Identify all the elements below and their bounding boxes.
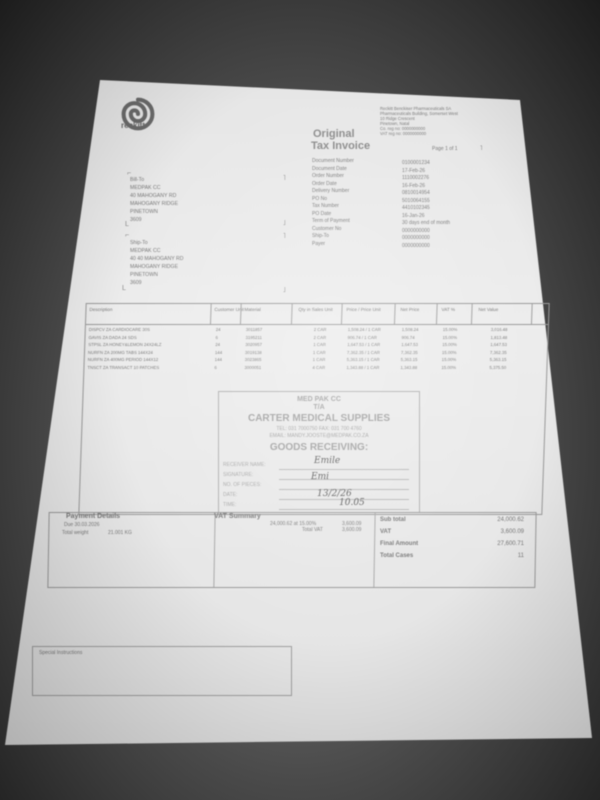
meta-value: 0000000000 bbox=[402, 235, 450, 243]
table-row: STPSL ZA HONEY&LEMON 24X24LZ2430209571 C… bbox=[85, 342, 547, 349]
cell-net-price: 1,343.88 bbox=[400, 365, 417, 370]
table-row: GAVIS ZA DADA 24 SDS631952112 CAR906.74 … bbox=[85, 335, 547, 342]
bill-to-address: Bill-To MEDPAK CC 40 MAHOGANY RD MAHOGAN… bbox=[130, 176, 178, 224]
meta-value: 4410102345 bbox=[402, 205, 450, 213]
cell-description: DISPCV ZA CARDIOCARE 30S bbox=[89, 327, 150, 332]
stamp-line: MED PAK CC bbox=[219, 396, 419, 403]
cell-net-value: 3,016.48 bbox=[491, 327, 508, 332]
goods-receiving-stamp: MED PAK CC T/A CARTER MEDICAL SUPPLIES T… bbox=[218, 391, 420, 513]
stamp-field-line bbox=[279, 469, 409, 470]
meta-label: PO No bbox=[312, 196, 354, 204]
window-corner-mark: ˥ bbox=[283, 233, 286, 240]
cell-material: 3195211 bbox=[245, 335, 262, 340]
meta-label: Order Number bbox=[312, 173, 354, 181]
column-divider bbox=[471, 304, 473, 324]
cell-price-unit: 5,363.15 / 1 CAR bbox=[347, 357, 380, 362]
invoice-title-original: Original bbox=[313, 128, 355, 140]
column-divider bbox=[394, 304, 396, 324]
meta-label: Ship-To bbox=[312, 233, 354, 241]
meta-label: Term of Payment bbox=[312, 218, 354, 226]
column-divider bbox=[210, 304, 212, 324]
totals-values: 24,000.62 3,600.09 27,600.71 11 bbox=[470, 514, 524, 562]
cell-material: 3023865 bbox=[245, 357, 262, 362]
stamp-field-label: TIME: bbox=[223, 502, 236, 508]
cell-net-price: 1,647.53 bbox=[401, 342, 418, 347]
stamp-phone: TEL: 031 7000750 FAX: 031 700 4760 bbox=[219, 426, 419, 432]
meta-label: Customer No bbox=[312, 226, 354, 234]
total-vat-label: Total VAT bbox=[302, 527, 323, 535]
column-divider bbox=[291, 304, 293, 324]
cell-description: TNSCT ZA TRANSACT 10 PATCHES bbox=[87, 365, 159, 370]
ship-to-line: PINETOWN bbox=[130, 271, 184, 279]
table-header: Description Customer Unit Material Qty i… bbox=[86, 304, 549, 325]
bill-to-line: MEDPAK CC bbox=[130, 184, 178, 192]
total-vat-value: 3,600.09 bbox=[342, 527, 361, 535]
vat-summary-heading: VAT Summary bbox=[214, 513, 261, 520]
vat-value: 3,600.09 bbox=[470, 526, 524, 538]
corner-mark: ˥ bbox=[480, 146, 482, 154]
subtotal-label: Sub total bbox=[380, 514, 418, 526]
cell-price-unit: 1,508.24 / 1 CAR bbox=[348, 327, 381, 332]
column-divider bbox=[240, 304, 242, 324]
header-vat: VAT % bbox=[441, 307, 455, 312]
meta-value: 5010064155 bbox=[402, 198, 450, 206]
cell-vat: 15.00% bbox=[442, 350, 457, 355]
cell-description: STPSL ZA HONEY&LEMON 24X24LZ bbox=[88, 342, 161, 347]
handwritten-time: 10.05 bbox=[339, 498, 365, 508]
meta-value: 0000000000 bbox=[402, 228, 450, 236]
cell-description: NURFN ZA 200MG TABS 144X24 bbox=[88, 350, 153, 355]
window-corner-mark: L bbox=[122, 285, 126, 292]
meta-value: 0000000000 bbox=[402, 243, 450, 251]
window-corner-mark: ⌐ bbox=[125, 232, 129, 239]
ship-to-address: Ship-To MEDPAK CC 40 40 MAHOGANY RD MAHO… bbox=[130, 239, 184, 287]
payment-details-heading: Payment Details bbox=[66, 513, 120, 520]
cell-unit: 24 bbox=[215, 342, 220, 347]
handwritten-receiver-name: Emile bbox=[314, 456, 340, 466]
meta-label: Document Date bbox=[312, 166, 354, 174]
ship-to-line: 3609 bbox=[130, 279, 184, 287]
cell-material: 3011857 bbox=[246, 327, 263, 332]
cell-qty: 2 CAR bbox=[314, 327, 327, 332]
cell-vat: 15.00% bbox=[442, 342, 457, 347]
header-net-price: Net Price bbox=[400, 307, 419, 312]
special-instructions-label: Special Instructions bbox=[39, 650, 82, 658]
payment-due: Due 30.03.2026 bbox=[64, 522, 100, 530]
cell-qty: 4 CAR bbox=[312, 365, 325, 370]
weight-label: Total weight bbox=[62, 530, 88, 538]
cell-net-value: 7,362.35 bbox=[490, 350, 507, 355]
final-amount-label: Final Amount bbox=[380, 538, 418, 550]
window-corner-mark: L bbox=[125, 221, 129, 228]
table-row: NURFN ZA 200MG TABS 144X2414430191381 CA… bbox=[85, 350, 547, 357]
header-price-unit: Price / Price Unit bbox=[346, 307, 380, 312]
meta-label: Delivery Number bbox=[312, 188, 354, 196]
cell-material: 3020957 bbox=[245, 342, 262, 347]
weight-value: 21.001 KG bbox=[108, 530, 132, 538]
subtotal-value: 24,000.62 bbox=[470, 514, 524, 526]
meta-value: 17-Feb-26 bbox=[402, 168, 450, 176]
ship-to-line: MEDPAK CC bbox=[130, 247, 184, 255]
stamp-field-label: RECEIVER NAME: bbox=[223, 462, 266, 468]
stamp-email: EMAIL: MANDY.JOOSTE@MEDPAK.CO.ZA bbox=[219, 433, 419, 439]
invoice-title: Tax Invoice bbox=[311, 140, 370, 152]
window-corner-mark: ˩ bbox=[283, 287, 286, 294]
handwritten-signature: Emi bbox=[311, 472, 329, 482]
table-row: NURFN ZA 400MG PERIOD 144X1214430238651 … bbox=[85, 357, 547, 364]
cell-unit: 144 bbox=[215, 350, 222, 355]
page-indicator: Page 1 of 1 bbox=[432, 146, 458, 154]
final-amount-value: 27,600.71 bbox=[470, 538, 524, 550]
cell-price-unit: 1,647.53 / 1 CAR bbox=[347, 342, 380, 347]
cell-vat: 15.00% bbox=[442, 357, 457, 362]
table-row: TNSCT ZA TRANSACT 10 PATCHES630000514 CA… bbox=[84, 365, 546, 372]
cell-unit: 144 bbox=[215, 357, 222, 362]
bill-to-line: PINETOWN bbox=[130, 208, 178, 216]
header-net-value: Net Value bbox=[478, 307, 498, 312]
meta-value: 16-Feb-26 bbox=[402, 183, 450, 191]
stamp-heading: GOODS RECEIVING: bbox=[219, 442, 419, 453]
bill-to-line: MAHOGANY RIDGE bbox=[130, 200, 178, 208]
stamp-company: CARTER MEDICAL SUPPLIES bbox=[219, 413, 419, 424]
bill-to-line: 3609 bbox=[130, 216, 178, 224]
meta-label: Tax Number bbox=[312, 203, 354, 211]
brand-name: reckitt bbox=[121, 121, 145, 130]
stamp-field-line bbox=[279, 509, 409, 510]
meta-value: 1110002276 bbox=[402, 175, 450, 183]
invoice-meta-labels: Document Number Document Date Order Numb… bbox=[312, 158, 354, 248]
header-description: Description bbox=[89, 307, 112, 312]
cell-price-unit: 906.74 / 1 CAR bbox=[347, 335, 377, 340]
cell-net-price: 5,363.15 bbox=[401, 357, 418, 362]
cell-material: 3000051 bbox=[244, 365, 261, 370]
divider bbox=[213, 513, 215, 587]
cell-qty: 1 CAR bbox=[313, 357, 326, 362]
bill-to-line: 40 MAHOGANY RD bbox=[130, 192, 178, 200]
total-cases-label: Total Cases bbox=[380, 550, 418, 562]
header-material: Material bbox=[244, 307, 261, 312]
cell-qty: 1 CAR bbox=[313, 350, 326, 355]
meta-label: Document Number bbox=[312, 158, 354, 166]
meta-value: 16-Jan-26 bbox=[402, 213, 450, 221]
cell-price-unit: 7,362.35 / 1 CAR bbox=[347, 350, 380, 355]
cell-net-price: 906.74 bbox=[401, 335, 414, 340]
cell-net-value: 5,363.15 bbox=[490, 357, 507, 362]
header-qty: Qty in Sales Unit bbox=[298, 307, 332, 312]
ship-to-line: 40 40 MAHOGANY RD bbox=[130, 255, 184, 263]
special-instructions-box: Special Instructions bbox=[32, 646, 292, 696]
stamp-field-label: DATE: bbox=[223, 492, 237, 498]
window-corner-mark: ˥ bbox=[283, 175, 286, 182]
cell-description: GAVIS ZA DADA 24 SDS bbox=[88, 335, 136, 340]
window-corner-mark: ˩ bbox=[283, 220, 286, 227]
vat-label: VAT bbox=[380, 526, 418, 538]
cell-unit: 6 bbox=[214, 365, 217, 370]
cell-vat: 15.00% bbox=[442, 335, 457, 340]
cell-unit: 24 bbox=[216, 327, 221, 332]
table-row: DISPCV ZA CARDIOCARE 30S2430118572 CAR1,… bbox=[86, 327, 548, 334]
cell-material: 3019138 bbox=[245, 350, 262, 355]
invoice-meta-values: 0100001234 17-Feb-26 1110002276 16-Feb-2… bbox=[402, 160, 450, 250]
cell-description: NURFN ZA 400MG PERIOD 144X12 bbox=[88, 357, 159, 362]
total-cases-value: 11 bbox=[470, 550, 524, 562]
totals-labels: Sub total VAT Final Amount Total Cases bbox=[380, 514, 418, 562]
meta-label: Order Date bbox=[312, 181, 354, 189]
cell-unit: 6 bbox=[215, 335, 218, 340]
cell-net-price: 1,508.24 bbox=[402, 327, 419, 332]
ship-to-heading: Ship-To bbox=[130, 239, 184, 247]
cell-price-unit: 1,343.88 / 1 CAR bbox=[346, 365, 379, 370]
column-divider bbox=[531, 304, 533, 324]
ship-to-line: MAHOGANY RIDGE bbox=[130, 263, 184, 271]
divider bbox=[373, 513, 375, 587]
column-divider bbox=[436, 304, 438, 324]
cell-vat: 15.00% bbox=[443, 327, 458, 332]
cell-net-value: 1,647.53 bbox=[490, 342, 507, 347]
address-line: VAT reg no: 0000000000 bbox=[380, 131, 458, 136]
stamp-field-line bbox=[279, 479, 409, 480]
cell-qty: 2 CAR bbox=[313, 335, 326, 340]
cell-qty: 1 CAR bbox=[313, 342, 326, 347]
stamp-field-label: SIGNATURE: bbox=[223, 472, 253, 478]
bill-to-heading: Bill-To bbox=[130, 176, 178, 184]
cell-vat: 15.00% bbox=[441, 365, 456, 370]
stamp-line: T/A bbox=[219, 404, 419, 411]
cell-net-value: 5,375.50 bbox=[489, 365, 506, 370]
column-divider bbox=[341, 304, 343, 324]
window-corner-mark: ⌐ bbox=[127, 170, 131, 177]
stamp-field-label: NO. OF PIECES: bbox=[223, 482, 261, 488]
meta-value: 0100001234 bbox=[402, 160, 450, 168]
meta-value: 30 days end of month bbox=[402, 220, 450, 228]
cell-net-value: 1,813.48 bbox=[490, 335, 507, 340]
meta-label: PO Date bbox=[312, 211, 354, 219]
meta-value: 0810014954 bbox=[402, 190, 450, 198]
meta-label: Payer bbox=[312, 241, 354, 249]
cell-net-price: 7,362.35 bbox=[401, 350, 418, 355]
company-address: Reckitt Benckiser Pharmaceuticals SA Pha… bbox=[380, 106, 458, 136]
